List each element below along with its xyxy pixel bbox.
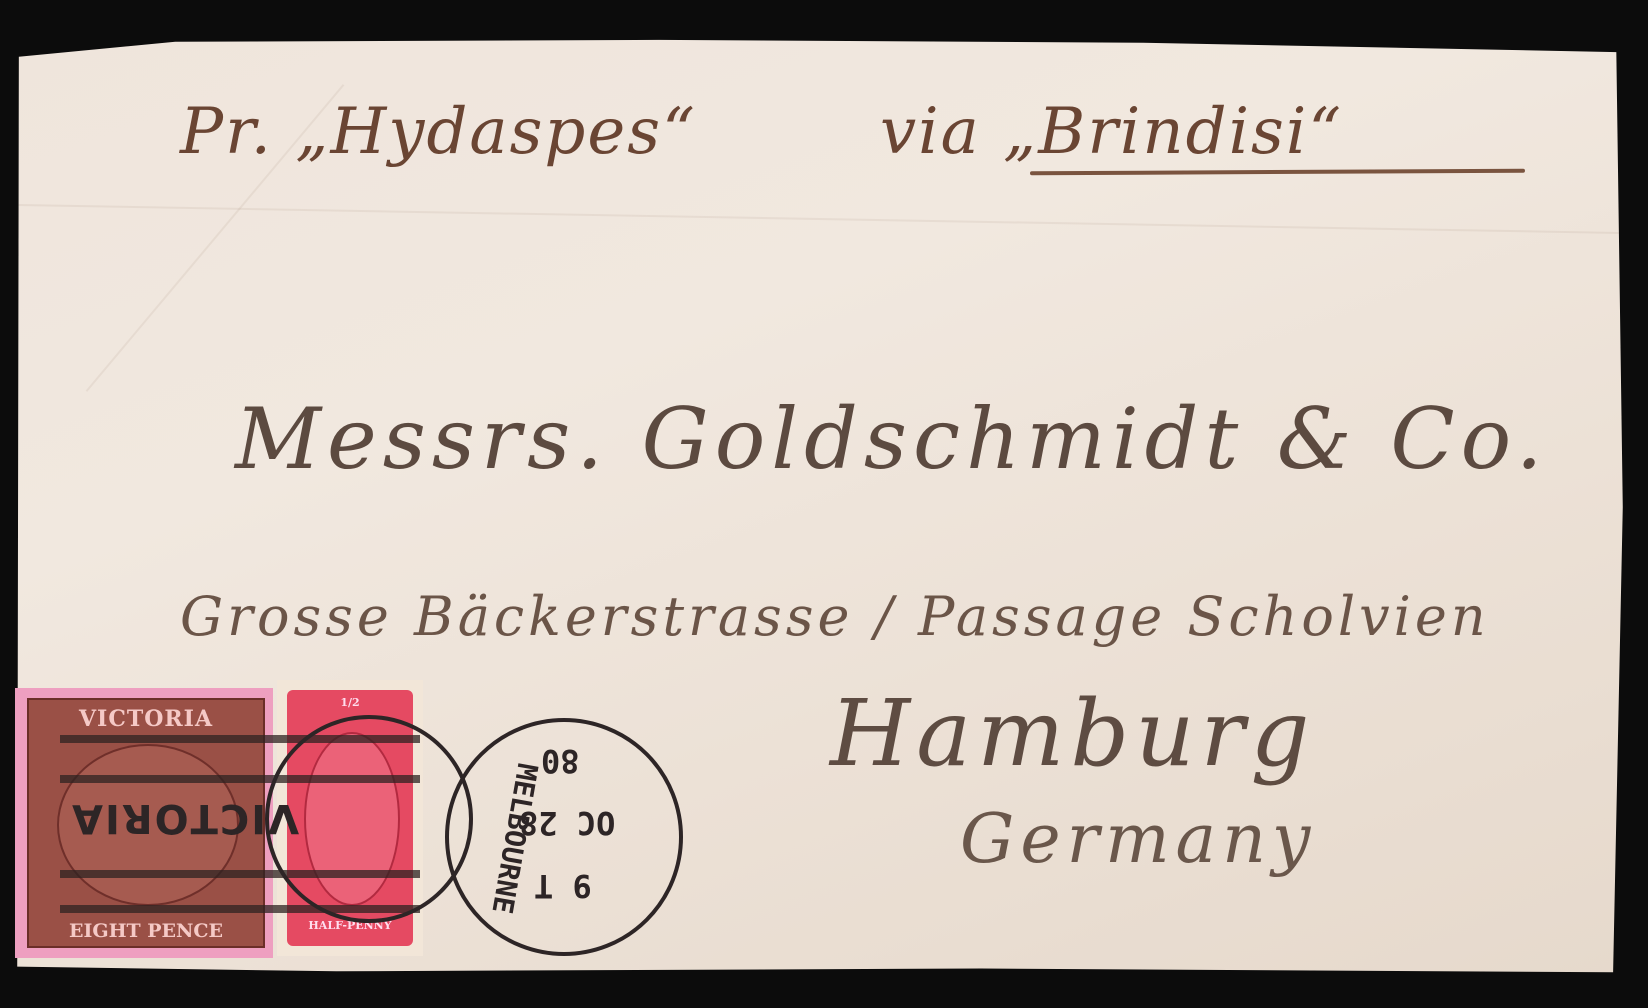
stamp-country-label: VICTORIA xyxy=(29,706,263,732)
routing-via-text: via „Brindisi“ xyxy=(880,95,1343,169)
secondary-postmark-ring xyxy=(265,715,473,923)
addressee-text: Messrs. Goldschmidt & Co. xyxy=(235,390,1548,488)
fold-crease xyxy=(14,204,1626,234)
postmark-year: 80 xyxy=(541,742,580,780)
city-text: Hamburg xyxy=(830,680,1315,787)
stamp-value-mark: 1/2 xyxy=(287,696,413,709)
routing-ship-text: Pr. „Hydaspes“ xyxy=(180,95,697,169)
stamp-denomination-label: EIGHT PENCE xyxy=(29,920,263,942)
street-text: Grosse Bäckerstrasse / Passage Scholvien xyxy=(180,585,1490,648)
country-text: Germany xyxy=(960,800,1316,879)
postmark-time: 9 T xyxy=(534,867,592,905)
melbourne-postmark-ring: 80 OC 28 9 T MELBOURNE xyxy=(445,718,683,956)
